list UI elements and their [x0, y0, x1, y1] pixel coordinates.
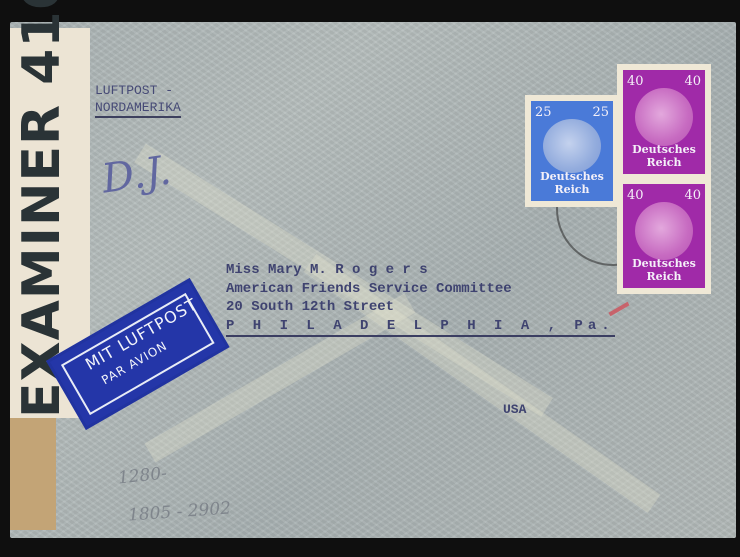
header-line-2: NORDAMERIKA	[95, 99, 181, 118]
envelope: EXAMINER 4162 LUFTPOST - NORDAMERIKA D.J…	[10, 22, 736, 538]
tape-strip	[10, 418, 56, 530]
luftpost-header: LUFTPOST - NORDAMERIKA	[95, 82, 181, 118]
address-country: USA	[503, 402, 526, 417]
portrait-icon	[635, 202, 693, 260]
address-name: Miss Mary M. R o g e r s	[226, 261, 615, 280]
recipient-address: Miss Mary M. R o g e r s American Friend…	[226, 261, 615, 337]
stamp-25: 25 25 Deutsches Reich	[525, 95, 619, 207]
stamp-40: 40 40 Deutsches Reich	[617, 64, 711, 180]
portrait-icon	[543, 119, 601, 173]
address-organization: American Friends Service Committee	[226, 280, 615, 299]
portrait-icon	[635, 88, 693, 146]
stamp-40: 40 40 Deutsches Reich	[617, 178, 711, 294]
address-city: P H I L A D E L P H I A , Pa.	[226, 317, 615, 338]
handwritten-initials: D.J.	[99, 147, 174, 202]
header-line-1: LUFTPOST -	[95, 82, 181, 99]
address-street: 20 South 12th Street	[226, 298, 615, 317]
